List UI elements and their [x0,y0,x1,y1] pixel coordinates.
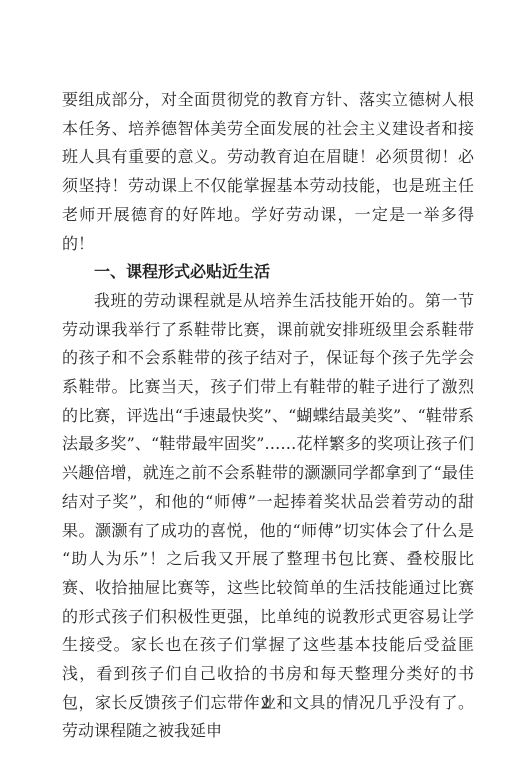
paragraph-body: 我班的劳动课程就是从培养生活技能开始的。第一节劳动课我举行了系鞋带比赛，课前就安… [62,287,474,746]
document-page: 要组成部分，对全面贯彻党的教育方针、落实立德树人根本任务、培养德智体美劳全面发展… [0,0,532,768]
section-heading: 一、课程形式必贴近生活 [62,258,474,287]
text-block: 要组成部分，对全面贯彻党的教育方针、落实立德树人根本任务、培养德智体美劳全面发展… [62,86,474,746]
page-number: - 2 - [0,693,532,713]
paragraph-continuation: 要组成部分，对全面贯彻党的教育方针、落实立德树人根本任务、培养德智体美劳全面发展… [62,86,474,258]
